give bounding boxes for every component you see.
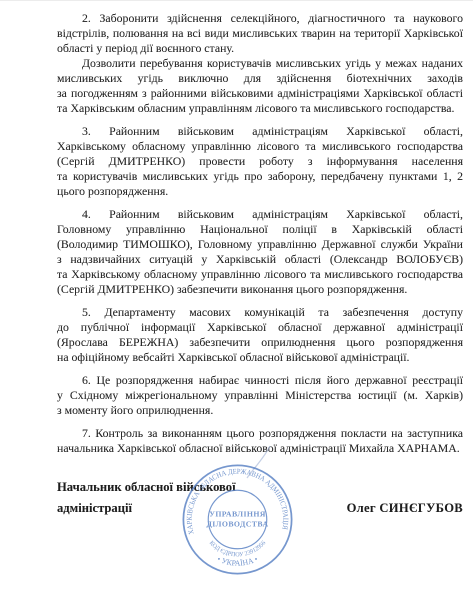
document-body: 2. Заборонити здійснення селекційного, д… <box>57 11 463 456</box>
text-line: цього розпорядження. <box>57 184 463 199</box>
document-page: 2. Заборонити здійснення селекційного, д… <box>0 0 473 589</box>
text-line: з моменту його оприлюднення. <box>57 403 463 418</box>
text-line: 3. Районним військовим адміністраціям Ха… <box>57 124 463 139</box>
text-line: області у період дії воєнного стану. <box>57 41 463 56</box>
official-stamp: ХАРКІВСЬКА ОБЛАСНА ДЕРЖАВНА АДМІНІСТРАЦІ… <box>179 461 296 578</box>
text-line: Головному управлінню Національної поліці… <box>57 222 463 237</box>
text-line: до публічної інформації Харківської обла… <box>57 320 463 335</box>
text-line: Дозволити перебування користувачів мисли… <box>57 56 463 71</box>
text-line: 2. Заборонити здійснення селекційного, д… <box>57 11 463 26</box>
text-line: відстрілів, полювання на всі види мислив… <box>57 26 463 41</box>
text-line: (Сергій ДМИТРЕНКО) провести роботу з інф… <box>57 154 463 169</box>
paragraph: 2. Заборонити здійснення селекційного, д… <box>57 11 463 56</box>
text-line: на офіційному вебсайті Харківської облас… <box>57 350 463 365</box>
text-line: та Харківським обласним управлінням лісо… <box>57 101 463 116</box>
text-line: з надзвичайних ситуацій у Харківській об… <box>57 252 463 267</box>
paragraph: Дозволити перебування користувачів мисли… <box>57 56 463 116</box>
text-line: (Сергій ДМИТРЕНКО) забезпечити виконання… <box>57 282 463 297</box>
text-line: та користувачів мисливських угідь про за… <box>57 169 463 184</box>
text-line: 7. Контроль за виконанням цього розпоряд… <box>57 426 463 441</box>
text-line: та Харківському обласному управлінню ліс… <box>57 267 463 282</box>
text-line: 5. Департаменту масових комунікацій та з… <box>57 305 463 320</box>
text-line: 4. Районним військовим адміністраціям Ха… <box>57 207 463 222</box>
text-line: Харківському обласному управлінню лісово… <box>57 139 463 154</box>
text-line: у Східному міжрегіональному управлінні М… <box>57 388 463 403</box>
signatory-name: Олег СИНЄГУБОВ <box>347 498 463 519</box>
text-line: 6. Це розпорядження набирає чинності піс… <box>57 373 463 388</box>
stamp-center-line: ДІЛОВОДСТВА <box>207 519 269 528</box>
stamp-center-line: УПРАВЛІННЯ <box>209 510 266 519</box>
text-line: (Володимир ТИМОШКО), Головному управлінн… <box>57 237 463 252</box>
text-line: за погодженням з районними військовими а… <box>57 86 463 101</box>
text-line: (Ярослава БЕРЕЖНА) забезпечити оприлюдне… <box>57 335 463 350</box>
paragraph: 5. Департаменту масових комунікацій та з… <box>57 305 463 365</box>
paragraph: 4. Районним військовим адміністраціям Ха… <box>57 207 463 297</box>
paragraph: 6. Це розпорядження набирає чинності піс… <box>57 373 463 418</box>
paragraph: 3. Районним військовим адміністраціям Ха… <box>57 124 463 199</box>
text-line: мисливських угідь виключно для здійсненн… <box>57 71 463 86</box>
